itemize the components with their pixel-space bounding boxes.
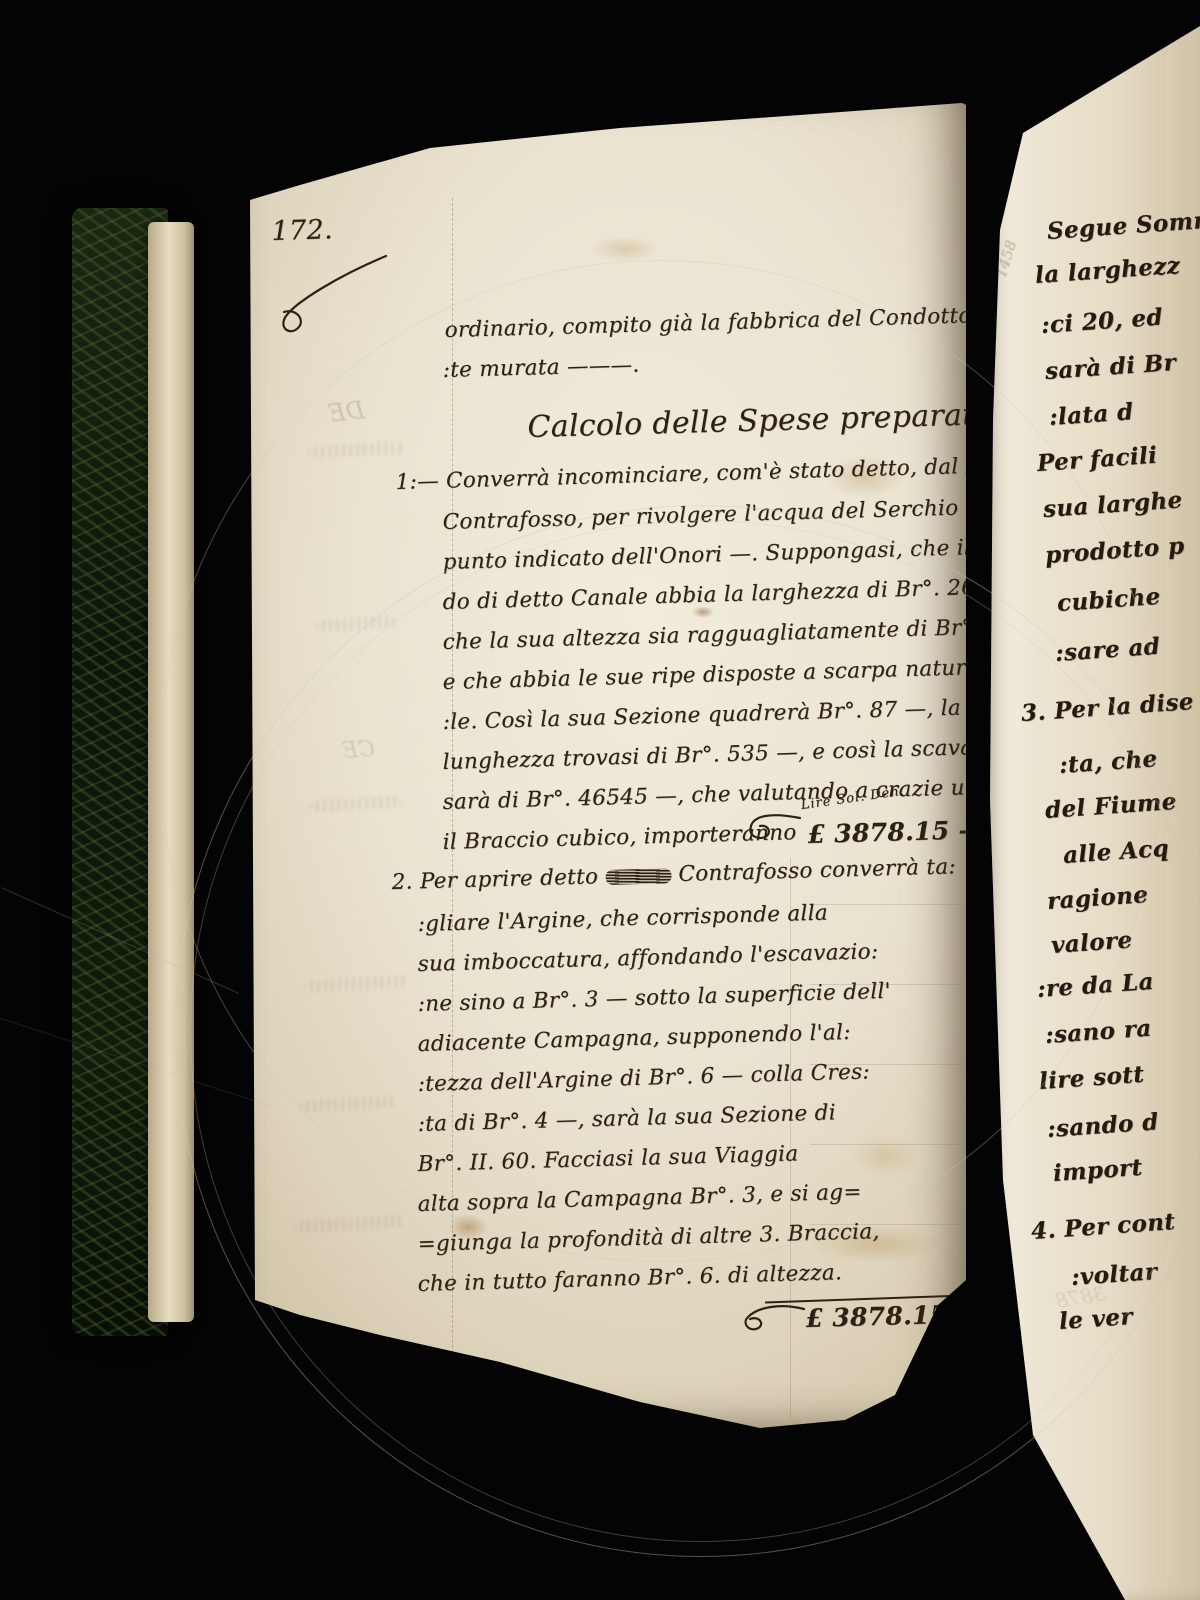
manuscript-line: lire sott bbox=[1038, 1061, 1145, 1095]
manuscript-line: sarà di Br bbox=[1044, 349, 1177, 385]
show-through-rule bbox=[810, 904, 962, 905]
manuscript-line: che in tutto faranno Br°. 6. di altezza. bbox=[417, 1260, 842, 1297]
manuscript-right-page: 1458 3878 Segue Sommla larghezz:ci 20, e… bbox=[985, 0, 1200, 1600]
section-heading: Calcolo delle Spese preparatorie bbox=[527, 396, 1036, 445]
manuscript-line: =giunga la profondità di altre 3. Bracci… bbox=[417, 1219, 880, 1257]
item2-line-prefix: 2. Per aprire detto bbox=[391, 864, 598, 895]
foxing-stain bbox=[850, 1134, 920, 1178]
manuscript-line: punto indicato dell'Onori —. Suppongasi,… bbox=[442, 534, 1021, 575]
manuscript-line: :le. Così la sua Sezione quadrerà Br°. 8… bbox=[442, 694, 1007, 735]
manuscript-line: adiacente Campagna, supponendo l'al: bbox=[417, 1020, 851, 1057]
amount-brace-flourish bbox=[742, 810, 806, 866]
manuscript-line: Contrafosso, per rivolgere l'acqua del S… bbox=[442, 494, 1000, 535]
manuscript-line: la larghezz bbox=[1034, 252, 1181, 289]
item1-amount: £ 3878.15 — bbox=[807, 815, 984, 849]
manuscript-line: che la sua altezza sia ragguagliatamente… bbox=[442, 614, 1008, 655]
manuscript-line: :lata d bbox=[1048, 398, 1134, 431]
show-through-smudge bbox=[304, 975, 408, 992]
manuscript-line: ordinario, compito già la fabbrica del C… bbox=[444, 301, 1052, 343]
show-through-smudge bbox=[308, 441, 404, 458]
manuscript-line: do di detto Canale abbia la larghezza di… bbox=[442, 574, 1011, 615]
cover-board-edge bbox=[148, 222, 194, 1322]
show-through-smudge bbox=[300, 1095, 396, 1112]
manuscript-line: sarà di Br°. 46545 —, che valutando a cr… bbox=[442, 775, 992, 815]
manuscript-line: del Fiume bbox=[1044, 788, 1177, 824]
manuscript-line: cubiche bbox=[1056, 583, 1161, 617]
manuscript-line: :ta, che bbox=[1058, 745, 1158, 779]
manuscript-line: sua larghe bbox=[1042, 486, 1183, 523]
manuscript-line: :ci 20, ed bbox=[1040, 304, 1164, 339]
manuscript-line: 1:— Converrà incominciare, com'è stato d… bbox=[395, 452, 1046, 495]
manuscript-line: 2. Per aprire detto Contrafosso converrà… bbox=[391, 854, 956, 895]
show-through-smudge bbox=[294, 1215, 404, 1233]
manuscript-line: :tezza dell'Argine di Br°. 6 — colla Cre… bbox=[417, 1059, 870, 1097]
manuscript-line: :sando d bbox=[1046, 1108, 1159, 1143]
manuscript-line: :te murata ———. bbox=[442, 353, 640, 383]
manuscript-line: :ne sino a Br°. 3 — sotto la superficie … bbox=[417, 979, 891, 1017]
manuscript-line: :ta di Br°. 4 —, sarà la sua Sezione di bbox=[417, 1100, 836, 1137]
item2-line-suffix: Contrafosso converrà ta: bbox=[678, 854, 956, 887]
page-number: 172. bbox=[271, 214, 333, 247]
show-through-smudge bbox=[316, 616, 397, 632]
manuscript-line: import bbox=[1052, 1154, 1143, 1187]
manuscript-line: :gliare l'Argine, che corrisponde alla bbox=[417, 901, 828, 937]
manuscript-line: 4. Per cont bbox=[1030, 1208, 1176, 1245]
manuscript-line: prodotto p bbox=[1044, 532, 1185, 569]
manuscript-photo: 172. DE CE Calcolo delle Spese preparato… bbox=[0, 0, 1200, 1600]
manuscript-line: lunghezza trovasi di Br°. 535 —, e così … bbox=[442, 734, 1020, 775]
manuscript-line: :voltar bbox=[1070, 1258, 1158, 1291]
obliterated-word-scribble bbox=[605, 868, 671, 885]
manuscript-line: ragione bbox=[1046, 881, 1149, 915]
manuscript-line: sua imboccatura, affondando l'escavazio: bbox=[417, 939, 878, 977]
marginal-mark: 1458 bbox=[992, 238, 1021, 280]
manuscript-line: le ver bbox=[1058, 1303, 1134, 1335]
page-total: £ 3878.15.- bbox=[805, 1300, 967, 1333]
show-through-text: CE bbox=[341, 737, 376, 764]
manuscript-line: Br°. II. 60. Facciasi la sua Viaggia bbox=[417, 1141, 798, 1177]
manuscript-line: 3. Per la dise bbox=[1020, 688, 1195, 727]
page-number-flourish bbox=[268, 250, 398, 340]
manuscript-line: alta sopra la Campagna Br°. 3, e si ag= bbox=[417, 1180, 862, 1217]
show-through-rule bbox=[810, 1144, 962, 1145]
manuscript-line: Per facili bbox=[1036, 442, 1158, 477]
manuscript-line: Segue Somm bbox=[1046, 206, 1200, 245]
manuscript-line: valore bbox=[1050, 926, 1133, 959]
manuscript-line: alle Acq bbox=[1062, 835, 1170, 869]
manuscript-line: :sano ra bbox=[1044, 1015, 1152, 1049]
show-through-smudge bbox=[310, 796, 403, 813]
manuscript-line: :re da La bbox=[1036, 968, 1155, 1003]
show-through-text: DE bbox=[327, 396, 366, 428]
total-flourish bbox=[740, 1301, 810, 1337]
manuscript-left-page: 172. DE CE Calcolo delle Spese preparato… bbox=[250, 98, 966, 1434]
manuscript-line: e che abbia le sue ripe disposte a scarp… bbox=[442, 655, 987, 695]
foxing-stain bbox=[590, 236, 660, 262]
manuscript-line: :sare ad bbox=[1054, 633, 1161, 667]
